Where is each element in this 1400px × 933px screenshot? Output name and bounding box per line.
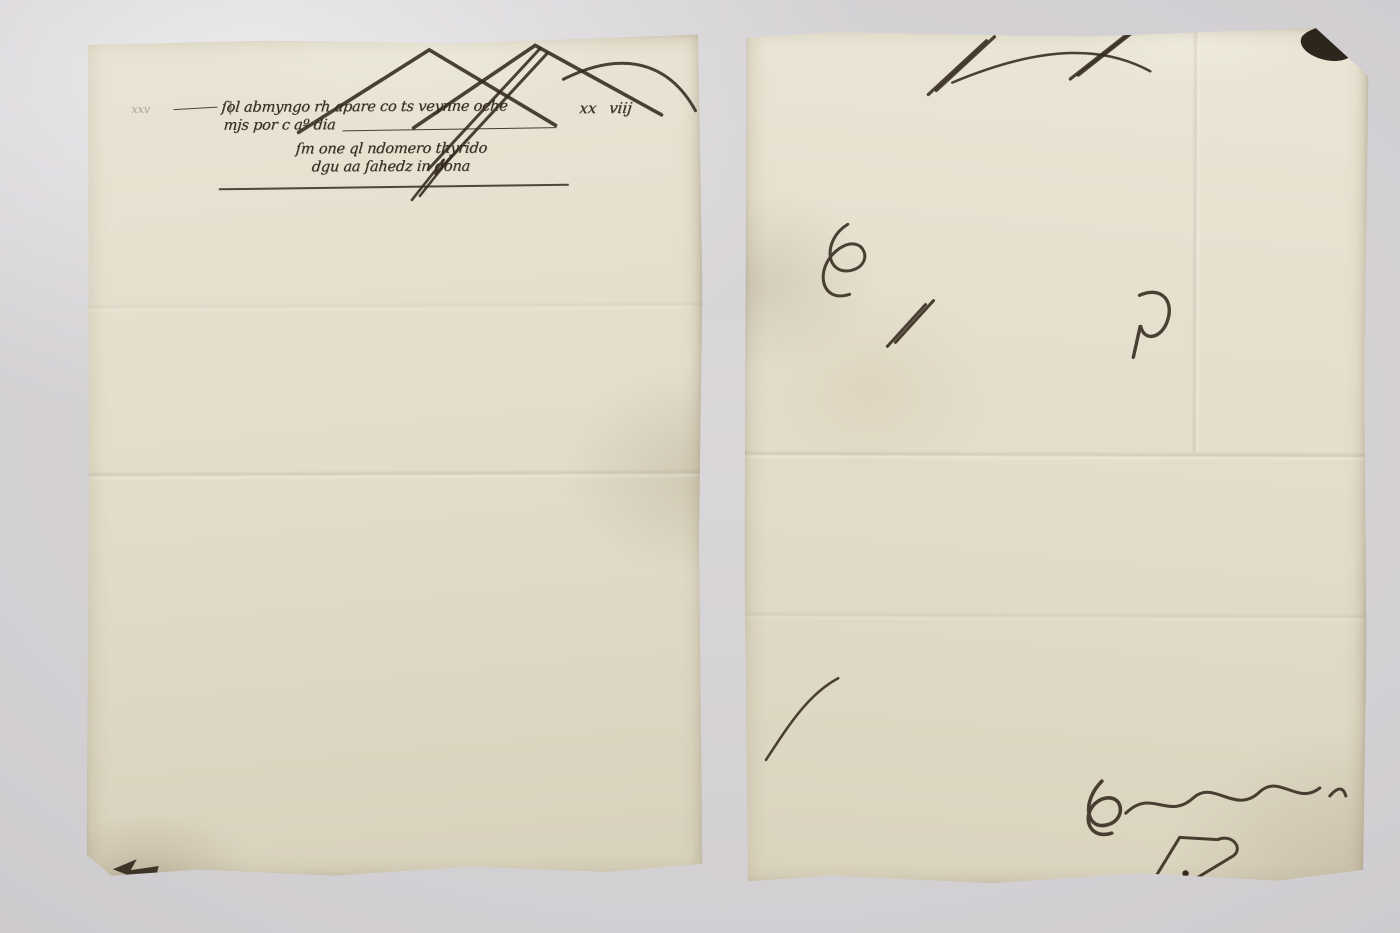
page-content xyxy=(744,26,1369,886)
trailing-rule xyxy=(343,127,557,131)
manuscript-page-right xyxy=(744,26,1369,886)
manuscript-page-left: ſol abmyngo rh apare co ts veynne ochemj… xyxy=(83,35,705,879)
manuscript-line: dgu aa ſahedz in dona xyxy=(224,157,559,176)
manuscript-line: mjs por c aº dia xyxy=(224,115,559,134)
margin-annotation: xxv xyxy=(131,103,150,116)
manuscript-text: mjs por c aº dia xyxy=(223,116,337,134)
manuscript-text: dgu aa ſahedz in dona xyxy=(311,158,471,177)
photo-backdrop: { "scene": { "description": "Two pages o… xyxy=(0,0,1400,933)
photo-stage: ſol abmyngo rh apare co ts veynne ochemj… xyxy=(0,0,1400,933)
center-block: ſm one ql ndomero thyridodgu aa ſahedz i… xyxy=(224,139,559,176)
ink-rule xyxy=(219,184,569,191)
amount-roman: xx viij xyxy=(578,99,633,117)
manuscript-text: ſol abmyngo rh apare co ts veynne oche xyxy=(221,97,509,116)
manuscript-line: ſol abmyngo rh apare co ts veynne oche xyxy=(223,97,558,116)
entry-block: ſol abmyngo rh apare co ts veynne ochemj… xyxy=(223,97,558,134)
page-content: ſol abmyngo rh apare co ts veynne ochemj… xyxy=(83,35,705,879)
manuscript-line: ſm one ql ndomero thyrido xyxy=(224,139,559,158)
manuscript-text: ſm one ql ndomero thyrido xyxy=(295,140,488,159)
